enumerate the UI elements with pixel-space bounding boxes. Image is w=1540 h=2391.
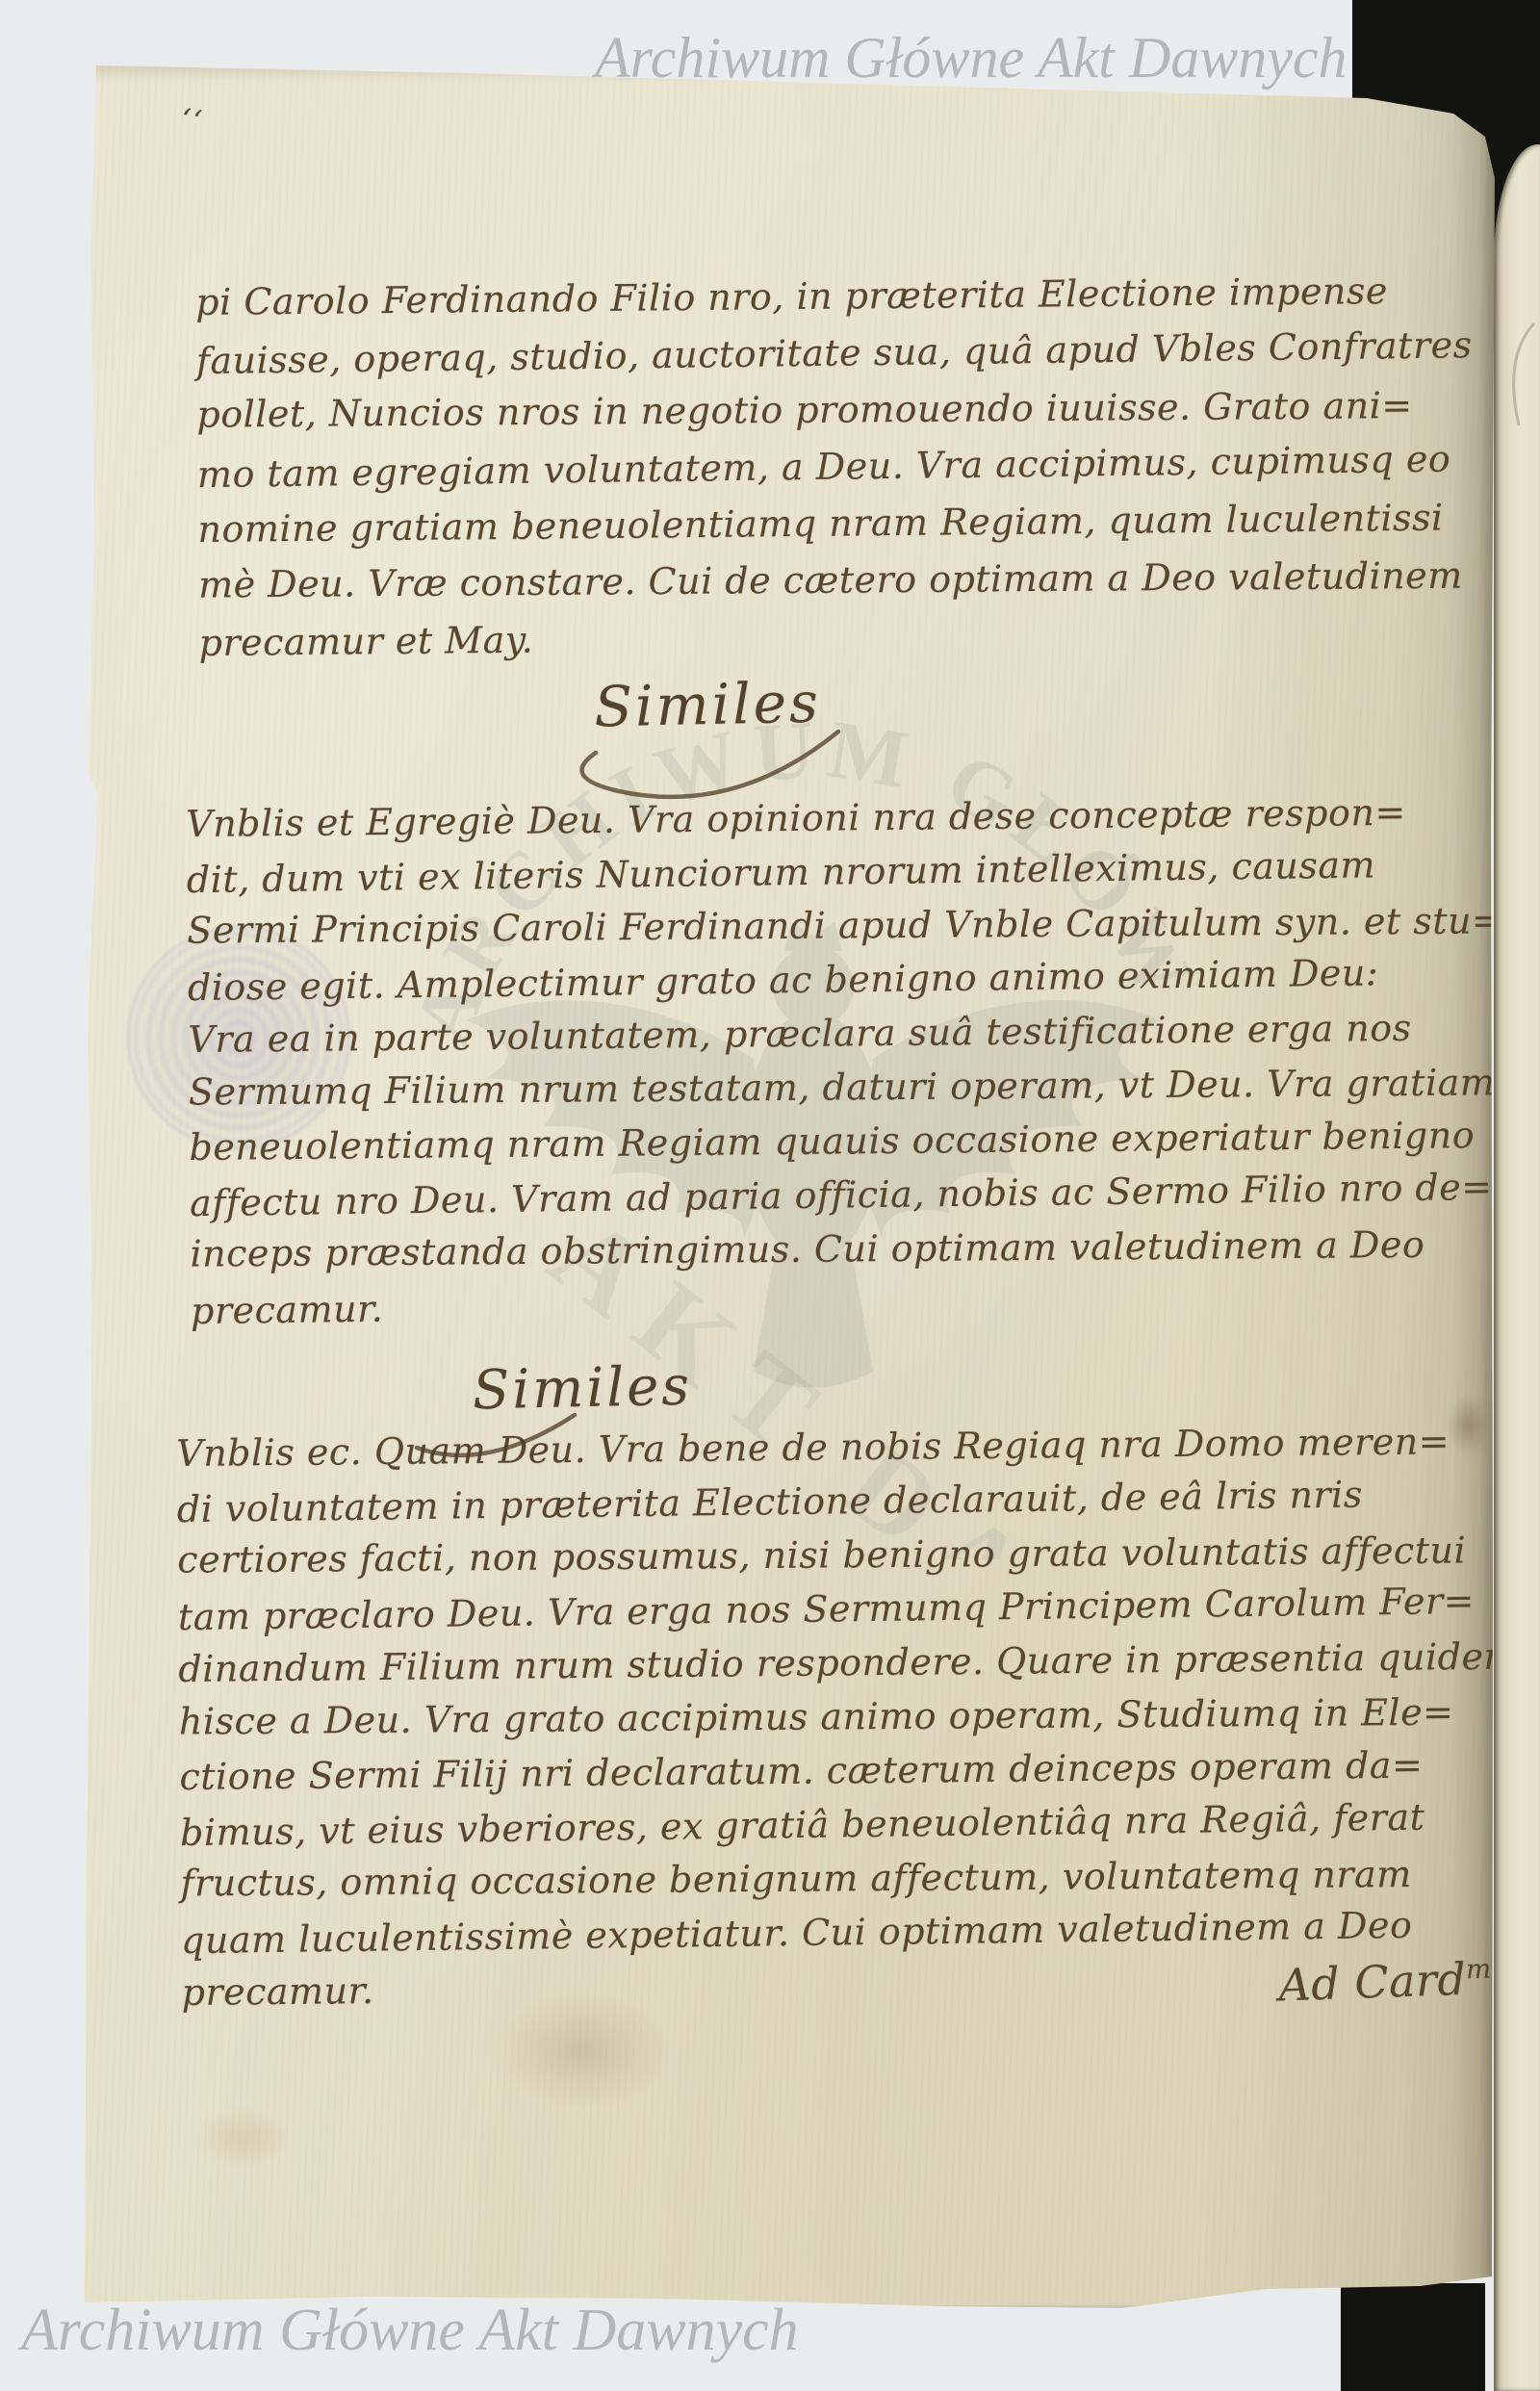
paragraph-2: Vnblis et Egregiè Deu. Vra opinioni nra … bbox=[186, 784, 1500, 1336]
corner-ink-marks: ‘‘ bbox=[179, 103, 206, 140]
annotation-text: Ad Card bbox=[1278, 1953, 1468, 2012]
archive-watermark-text-top: Archiwum Główne Akt Dawnych bbox=[595, 25, 1347, 91]
manuscript-line: precamur et May. bbox=[198, 603, 1499, 672]
manuscript-line: hisce a Deu. Vra grato accipimus animo o… bbox=[179, 1684, 1502, 1748]
age-stain bbox=[1447, 1396, 1491, 1455]
paragraph-3: Vnblis ec. Quam Deu. Vra bene de nobis R… bbox=[176, 1414, 1505, 2019]
manuscript-page: ARCHIWUM GŁÓWNE AKT DAWNYCH ‘‘ pi Carolo… bbox=[82, 58, 1501, 2305]
underlying-page-edge bbox=[1494, 144, 1540, 2391]
annotation-ad-card: Ad Cardm bbox=[1260, 1952, 1493, 2012]
page-edge-curl bbox=[1501, 318, 1540, 433]
manuscript-line: mè Deu. Vræ constare. Cui de cætero opti… bbox=[198, 547, 1498, 613]
scanner-black-bar-bottom bbox=[1341, 2283, 1485, 2391]
age-stain bbox=[197, 2108, 289, 2168]
age-stain bbox=[496, 1992, 669, 2108]
manuscript-line: Sermumq Filium nrum testatam, daturi ope… bbox=[189, 1055, 1498, 1118]
paragraph-1: pi Carolo Ferdinando Filio nro, in præte… bbox=[195, 262, 1499, 672]
annotation-superscript: m bbox=[1465, 1953, 1492, 1986]
document-scan: { "archive_watermark": { "text": "Archiw… bbox=[0, 0, 1540, 2391]
archive-watermark-text-bottom: Archiwum Główne Akt Dawnych bbox=[21, 2297, 799, 2365]
